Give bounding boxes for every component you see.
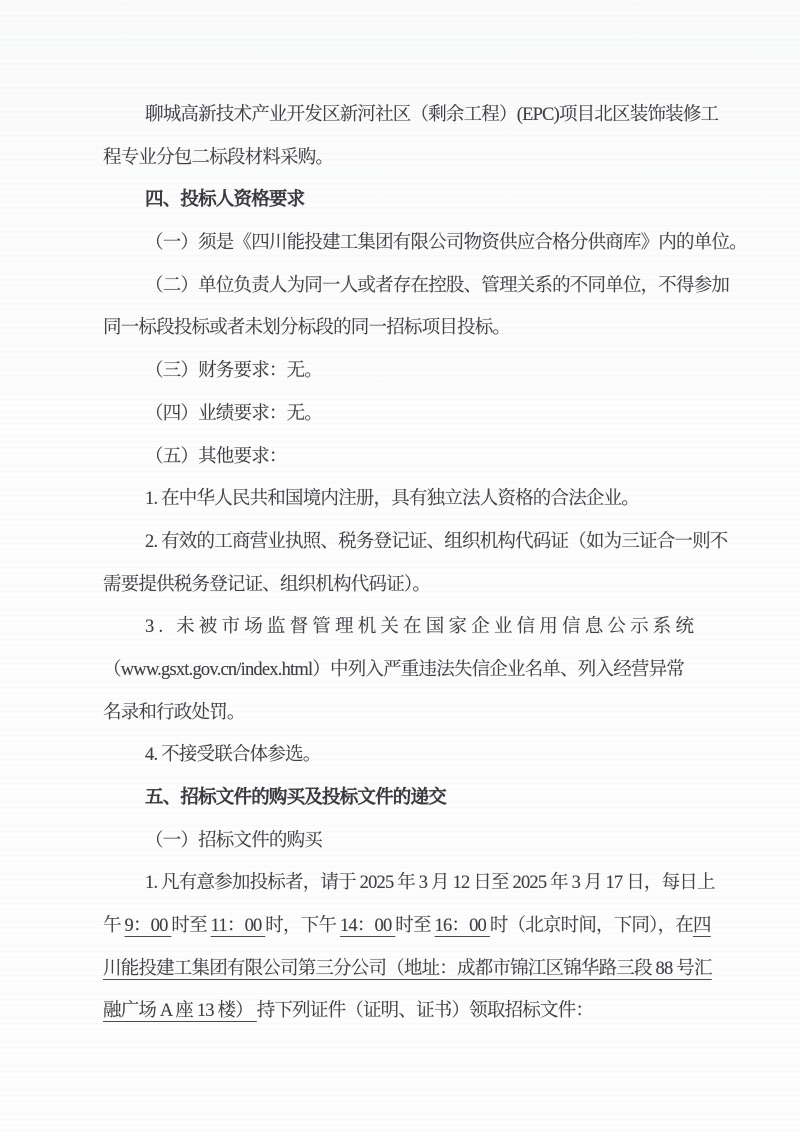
- underlined-text: 四: [693, 916, 711, 936]
- document-line: 1. 凡有意参加投标者，请于 2025 年 3 月 12 日至 2025 年 3…: [103, 862, 709, 905]
- underlined-text: 11：00: [211, 916, 266, 936]
- text-run: 程专业分包二标段材料采购。: [103, 148, 333, 168]
- underlined-text: 融广场 A 座 13 楼）: [103, 1001, 257, 1021]
- document-line: 融广场 A 座 13 楼） 持下列证件（证明、证书）领取招标文件：: [103, 990, 709, 1033]
- document-line: （一）招标文件的购买: [103, 820, 709, 863]
- document-line: 程专业分包二标段材料采购。: [103, 137, 709, 180]
- text-run: 同一标段投标或者未划分标段的同一招标项目投标。: [103, 318, 510, 338]
- text-run: 4. 不接受联合体参选。: [145, 745, 320, 765]
- document-line: （三）财务要求：无。: [103, 350, 709, 393]
- underlined-text: 川能投建工集团有限公司第三分公司（地址：成都市锦江区锦华路三段 88 号汇: [103, 959, 712, 979]
- document-line: 聊城高新技术产业开发区新河社区（剩余工程）(EPC)项目北区装饰装修工: [103, 94, 709, 137]
- text-run: 时至: [171, 916, 210, 936]
- text-run: 3. 未被市场监督管理机关在国家企业信用信息公示系统: [145, 617, 698, 637]
- text-run: （二）单位负责人为同一人或者存在控股、管理关系的不同单位，不得参加: [145, 276, 729, 296]
- underlined-text: 16：00: [435, 916, 490, 936]
- document-line: 同一标段投标或者未划分标段的同一招标项目投标。: [103, 307, 709, 350]
- document-line: （一）须是《四川能投建工集团有限公司物资供应合格分供商库》内的单位。: [103, 222, 709, 265]
- document-line: （五）其他要求：: [103, 436, 709, 479]
- document-line: 4. 不接受联合体参选。: [103, 734, 709, 777]
- text-run: 聊城高新技术产业开发区新河社区（剩余工程）(EPC)项目北区装饰装修工: [145, 105, 718, 125]
- text-run: 四、投标人资格要求: [145, 190, 304, 210]
- section-heading: 四、投标人资格要求: [103, 179, 709, 222]
- text-run: 时（北京时间，下同），在: [490, 916, 693, 936]
- text-run: 1. 凡有意参加投标者，请于 2025 年 3 月 12 日至 2025 年 3…: [145, 873, 715, 893]
- text-run: 时至: [395, 916, 434, 936]
- text-run: （一）须是《四川能投建工集团有限公司物资供应合格分供商库》内的单位。: [145, 233, 747, 253]
- document-line: （www.gsxt.gov.cn/index.html）中列入严重违法失信企业名…: [103, 649, 709, 692]
- document-line: 川能投建工集团有限公司第三分公司（地址：成都市锦江区锦华路三段 88 号汇: [103, 948, 709, 991]
- underlined-text: 14：00: [340, 916, 395, 936]
- document-line: 名录和行政处罚。: [103, 692, 709, 735]
- document-line: 3. 未被市场监督管理机关在国家企业信用信息公示系统: [103, 606, 709, 649]
- text-run: 1. 在中华人民共和国境内注册，具有独立法人资格的合法企业。: [145, 489, 639, 509]
- text-run: 需要提供税务登记证、组织机构代码证）。: [103, 575, 430, 595]
- document-line: （二）单位负责人为同一人或者存在控股、管理关系的不同单位，不得参加: [103, 265, 709, 308]
- text-run: 午: [103, 916, 125, 936]
- text-run: （www.gsxt.gov.cn/index.html）中列入严重违法失信企业名…: [103, 660, 684, 680]
- section-heading: 五、招标文件的购买及投标文件的递交: [103, 777, 709, 820]
- document-line: 午 9：00 时至 11：00 时，下午 14：00 时至 16：00 时（北京…: [103, 905, 709, 948]
- scanned-document-page: 聊城高新技术产业开发区新河社区（剩余工程）(EPC)项目北区装饰装修工程专业分包…: [0, 0, 800, 1132]
- document-line: 2. 有效的工商营业执照、税务登记证、组织机构代码证（如为三证合一则不: [103, 521, 709, 564]
- text-run: （五）其他要求：: [145, 447, 287, 467]
- document-body: 聊城高新技术产业开发区新河社区（剩余工程）(EPC)项目北区装饰装修工程专业分包…: [103, 94, 709, 1033]
- text-run: 时，下午: [265, 916, 340, 936]
- text-run: （一）招标文件的购买: [145, 831, 322, 851]
- text-run: （四）业绩要求：无。: [145, 404, 322, 424]
- document-line: （四）业绩要求：无。: [103, 393, 709, 436]
- document-line: 1. 在中华人民共和国境内注册，具有独立法人资格的合法企业。: [103, 478, 709, 521]
- text-run: 名录和行政处罚。: [103, 703, 245, 723]
- text-run: 持下列证件（证明、证书）领取招标文件：: [257, 1001, 593, 1021]
- document-line: 需要提供税务登记证、组织机构代码证）。: [103, 564, 709, 607]
- text-run: （三）财务要求：无。: [145, 361, 322, 381]
- underlined-text: 9：00: [125, 916, 172, 936]
- text-run: 五、招标文件的购买及投标文件的递交: [145, 788, 446, 808]
- text-run: 2. 有效的工商营业执照、税务登记证、组织机构代码证（如为三证合一则不: [145, 532, 728, 552]
